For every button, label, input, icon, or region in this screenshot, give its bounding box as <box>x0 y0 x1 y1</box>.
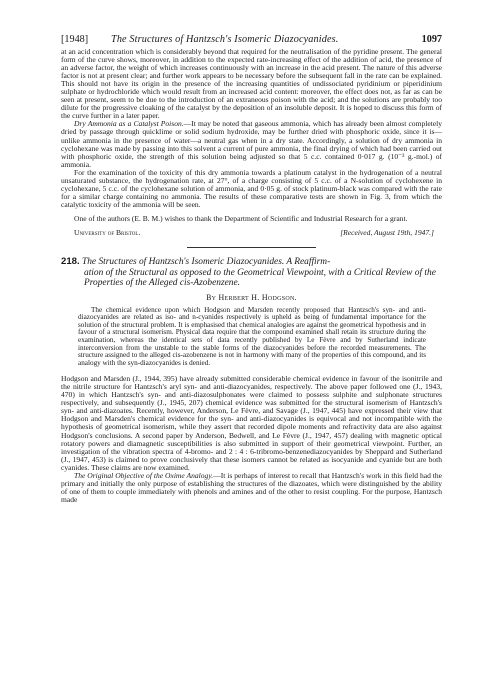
previous-article-text: at an acid concentration which is consid… <box>61 48 442 223</box>
paragraph: at an acid concentration which is consid… <box>61 48 442 120</box>
paragraph: The Original Objective of the Oxime Anal… <box>61 472 442 504</box>
journal-page: [1948] The Structures of Hantzsch's Isom… <box>61 34 442 504</box>
running-head: [1948] The Structures of Hantzsch's Isom… <box>61 34 442 48</box>
article-title: 218. The Structures of Hantzsch's Isomer… <box>61 257 442 289</box>
paragraph: For the examination of the toxicity of t… <box>61 169 442 209</box>
paragraph: Hodgson and Marsden (J., 1944, 395) have… <box>61 375 442 472</box>
journal-year: [1948] <box>61 34 111 45</box>
article-title-rest: ation of the Structural as opposed to th… <box>61 268 442 289</box>
byline: By Herbert H. Hodgson. <box>61 293 442 302</box>
signoff-row: University of Bristol. [Received, August… <box>61 229 442 237</box>
affiliation: University of Bristol. <box>74 229 140 237</box>
acknowledgement: One of the authors (E. B. M.) wishes to … <box>61 215 442 223</box>
article-number: 218. <box>61 256 80 267</box>
article-title-line-1: The Structures of Hantzsch's Isomeric Di… <box>82 257 330 267</box>
section-divider <box>187 247 316 248</box>
received-date: [Received, August 19th, 1947.] <box>340 229 434 237</box>
abstract: The chemical evidence upon which Hodgson… <box>78 307 426 367</box>
paragraph: Dry Ammonia as a Catalyst Poison.—It may… <box>61 120 442 168</box>
article-body: Hodgson and Marsden (J., 1944, 395) have… <box>61 375 442 504</box>
page-number: 1097 <box>422 34 442 45</box>
running-title: The Structures of Hantzsch's Isomeric Di… <box>111 34 422 45</box>
